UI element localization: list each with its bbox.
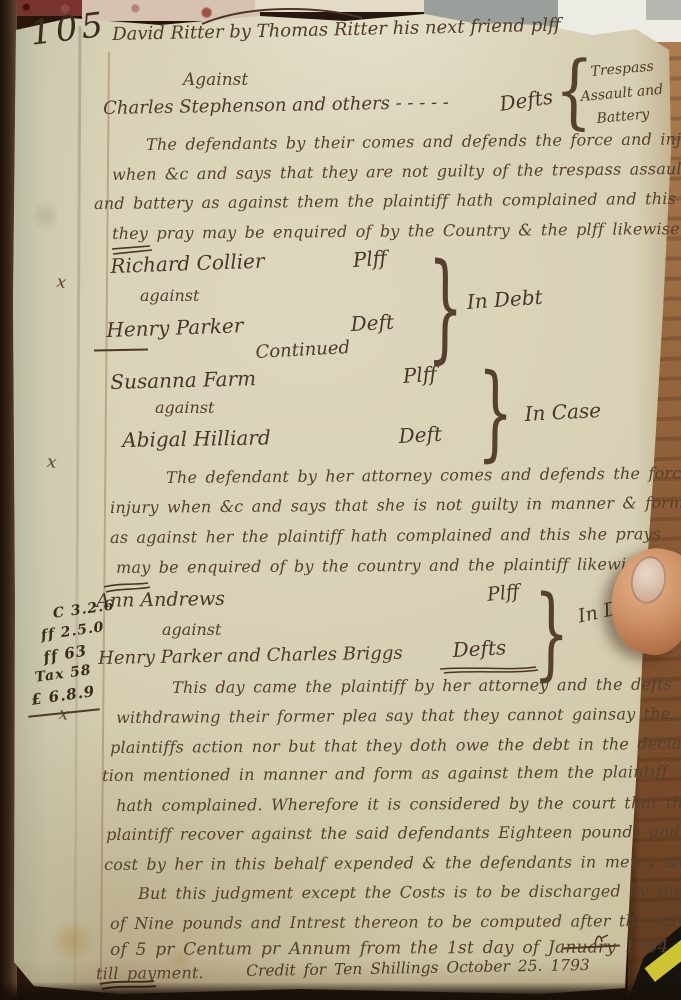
case3-plff-label: Plff — [402, 362, 438, 388]
page-bottom-shadow — [0, 982, 681, 1000]
case3-against-label: against — [155, 398, 214, 417]
case3-defendant: Abigal Hilliard — [122, 425, 271, 452]
case4-body-line: withdrawing their former plea say that t… — [116, 704, 671, 727]
ink-stain — [50, 922, 96, 960]
case2-against-label: against — [140, 286, 199, 305]
court-record-photo: 105 David Ritter by Thomas Ritter his ne… — [0, 0, 681, 1000]
case4-body-line: tion mentioned in manner and form as aga… — [102, 762, 668, 785]
case2-plff-label: Plff — [352, 246, 388, 272]
grey-corner-behind — [646, 0, 681, 20]
case4-deft-label: Defts — [452, 635, 507, 662]
case4-body-line: plaintiff recover against the said defen… — [106, 822, 681, 844]
case4-body-line: hath complained. Wherefore it is conside… — [116, 793, 681, 815]
case3-deft-label: Deft — [398, 422, 443, 448]
case4-plaintiff: Ann Andrews — [96, 588, 225, 612]
case3-body-line: as against her the plaintiff hath compla… — [110, 524, 661, 547]
ink-insertion-mark — [592, 932, 610, 946]
case2-defendant: Henry Parker — [106, 313, 244, 342]
case4-judgment-line: But this judgment except the Costs is to… — [138, 881, 681, 903]
case2-brace: } — [427, 250, 464, 369]
case1-against-label: Against — [183, 70, 248, 90]
case4-brace: } — [533, 584, 570, 686]
case4-judgment-line: of Nine pounds and Intrest thereon to be… — [110, 911, 681, 933]
case4-body-line: plaintiffs action nor but that they doth… — [110, 734, 681, 757]
case4-body-line: This day came the plaintiff by her attor… — [172, 675, 672, 697]
case3-plaintiff: Susanna Farm — [110, 366, 256, 394]
case3-action: In Case — [524, 398, 602, 426]
case2-deft-label: Deft — [350, 310, 395, 336]
case3-body-line: may be enquired of by the country and th… — [116, 554, 681, 577]
case3-brace: } — [477, 362, 514, 467]
case4-against-label: against — [162, 620, 221, 639]
margin-x-mark: x — [46, 452, 58, 473]
margin-x-mark: x — [58, 704, 70, 725]
ink-stain — [34, 196, 58, 236]
case4-body-line: cost by her in this behalf expended & th… — [104, 852, 681, 874]
case4-plff-label: Plff — [486, 581, 520, 606]
ink-underline-double — [440, 666, 538, 674]
